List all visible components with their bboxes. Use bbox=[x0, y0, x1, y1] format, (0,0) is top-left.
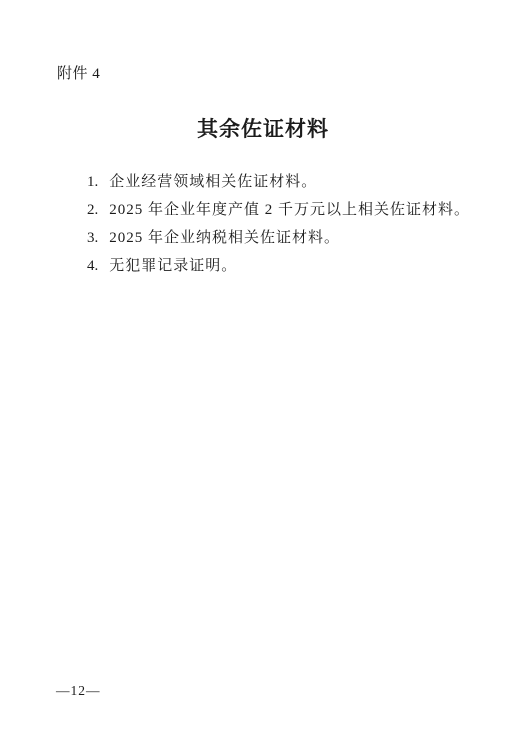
list-item-text: 企业经营领域相关佐证材料。 bbox=[109, 168, 317, 196]
list-item-number: 4. bbox=[87, 252, 98, 280]
list-item-number: 1. bbox=[87, 168, 98, 196]
list-item: 2. 2025 年企业年度产值 2 千万元以上相关佐证材料。 bbox=[87, 196, 496, 224]
document-title: 其余佐证材料 bbox=[0, 113, 526, 143]
list-item: 4. 无犯罪记录证明。 bbox=[87, 252, 496, 280]
list-item-text: 无犯罪记录证明。 bbox=[109, 252, 237, 280]
list-item: 3. 2025 年企业纳税相关佐证材料。 bbox=[87, 224, 496, 252]
list-item-number: 3. bbox=[87, 224, 98, 252]
list-item-text: 2025 年企业纳税相关佐证材料。 bbox=[109, 224, 340, 252]
page-number: —12— bbox=[56, 683, 101, 699]
materials-list: 1. 企业经营领域相关佐证材料。 2. 2025 年企业年度产值 2 千万元以上… bbox=[87, 168, 496, 280]
attachment-label: 附件 4 bbox=[57, 62, 100, 83]
document-page: 附件 4 其余佐证材料 1. 企业经营领域相关佐证材料。 2. 2025 年企业… bbox=[0, 0, 526, 741]
list-item: 1. 企业经营领域相关佐证材料。 bbox=[87, 168, 496, 196]
list-item-number: 2. bbox=[87, 196, 98, 224]
list-item-text: 2025 年企业年度产值 2 千万元以上相关佐证材料。 bbox=[109, 196, 470, 224]
